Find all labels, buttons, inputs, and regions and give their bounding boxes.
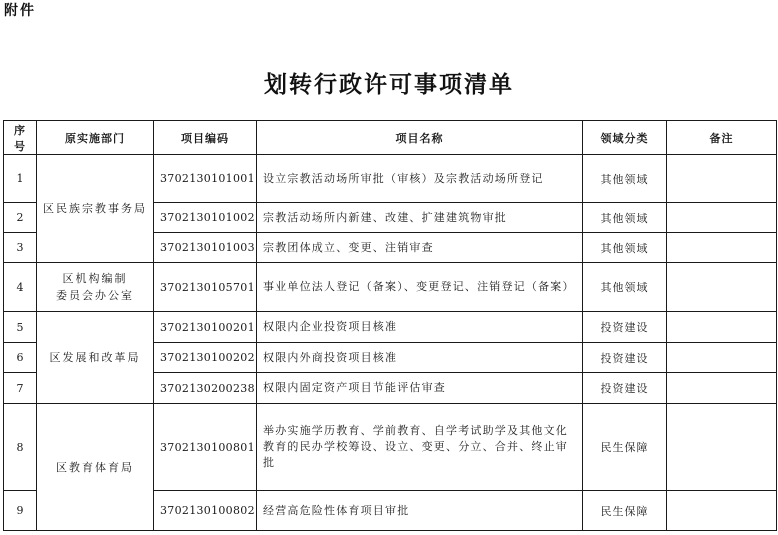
cell-dept: 区教育体育局 [37, 404, 154, 531]
cell-item-name: 权限内外商投资项目核准 [257, 343, 583, 373]
cell-seq: 1 [4, 155, 37, 203]
cell-seq: 6 [4, 343, 37, 373]
table-row: 5 区发展和改革局 3702130100201 权限内企业投资项目核准 投资建设 [4, 312, 777, 343]
cell-code: 3702130100801 [154, 404, 257, 491]
header-name: 项目名称 [257, 121, 583, 155]
cell-remark [667, 491, 777, 531]
cell-item-name: 经营高危险性体育项目审批 [257, 491, 583, 531]
cell-seq: 9 [4, 491, 37, 531]
cell-category: 其他领域 [583, 203, 667, 233]
cell-seq: 7 [4, 373, 37, 404]
cell-item-name: 举办实施学历教育、学前教育、自学考试助学及其他文化教育的民办学校筹设、设立、变更… [257, 404, 583, 491]
cell-code: 3702130200238 [154, 373, 257, 404]
cell-code: 3702130100802 [154, 491, 257, 531]
table-row: 1 区民族宗教事务局 3702130101001 设立宗教活动场所审批（审核）及… [4, 155, 777, 203]
cell-remark [667, 263, 777, 312]
cell-seq: 3 [4, 233, 37, 263]
cell-code: 3702130101002 [154, 203, 257, 233]
cell-item-name: 设立宗教活动场所审批（审核）及宗教活动场所登记 [257, 155, 583, 203]
header-remark: 备注 [667, 121, 777, 155]
cell-item-name: 事业单位法人登记（备案）、变更登记、注销登记（备案） [257, 263, 583, 312]
table-row: 4 区机构编制 委员会办公室 3702130105701 事业单位法人登记（备案… [4, 263, 777, 312]
header-code: 项目编码 [154, 121, 257, 155]
cell-category: 其他领域 [583, 233, 667, 263]
cell-item-name: 权限内企业投资项目核准 [257, 312, 583, 343]
cell-category: 投资建设 [583, 343, 667, 373]
header-seq: 序号 [4, 121, 37, 155]
cell-category: 民生保障 [583, 491, 667, 531]
cell-remark [667, 155, 777, 203]
cell-dept: 区发展和改革局 [37, 312, 154, 404]
cell-seq: 5 [4, 312, 37, 343]
cell-item-name: 宗教团体成立、变更、注销审查 [257, 233, 583, 263]
cell-code: 3702130101001 [154, 155, 257, 203]
cell-dept-line2: 委员会办公室 [43, 287, 147, 304]
cell-category: 其他领域 [583, 263, 667, 312]
cell-dept-line1: 区机构编制 [43, 270, 147, 287]
table-row: 8 区教育体育局 3702130100801 举办实施学历教育、学前教育、自学考… [4, 404, 777, 491]
cell-remark [667, 373, 777, 404]
attachment-label: 附件 [4, 0, 36, 20]
cell-category: 投资建设 [583, 312, 667, 343]
permit-items-table: 序号 原实施部门 项目编码 项目名称 领域分类 备注 1 区民族宗教事务局 37… [3, 120, 777, 531]
cell-remark [667, 312, 777, 343]
cell-item-name: 权限内固定资产项目节能评估审查 [257, 373, 583, 404]
document-title: 划转行政许可事项清单 [0, 66, 778, 99]
cell-remark [667, 203, 777, 233]
cell-seq: 4 [4, 263, 37, 312]
cell-code: 3702130100201 [154, 312, 257, 343]
header-category: 领域分类 [583, 121, 667, 155]
table-header-row: 序号 原实施部门 项目编码 项目名称 领域分类 备注 [4, 121, 777, 155]
cell-code: 3702130101003 [154, 233, 257, 263]
cell-remark [667, 233, 777, 263]
cell-remark [667, 343, 777, 373]
cell-dept: 区民族宗教事务局 [37, 155, 154, 263]
header-dept: 原实施部门 [37, 121, 154, 155]
cell-code: 3702130105701 [154, 263, 257, 312]
cell-remark [667, 404, 777, 491]
cell-item-name: 宗教活动场所内新建、改建、扩建建筑物审批 [257, 203, 583, 233]
cell-dept: 区机构编制 委员会办公室 [37, 263, 154, 312]
cell-code: 3702130100202 [154, 343, 257, 373]
cell-category: 民生保障 [583, 404, 667, 491]
cell-seq: 2 [4, 203, 37, 233]
cell-category: 投资建设 [583, 373, 667, 404]
cell-category: 其他领域 [583, 155, 667, 203]
cell-seq: 8 [4, 404, 37, 491]
